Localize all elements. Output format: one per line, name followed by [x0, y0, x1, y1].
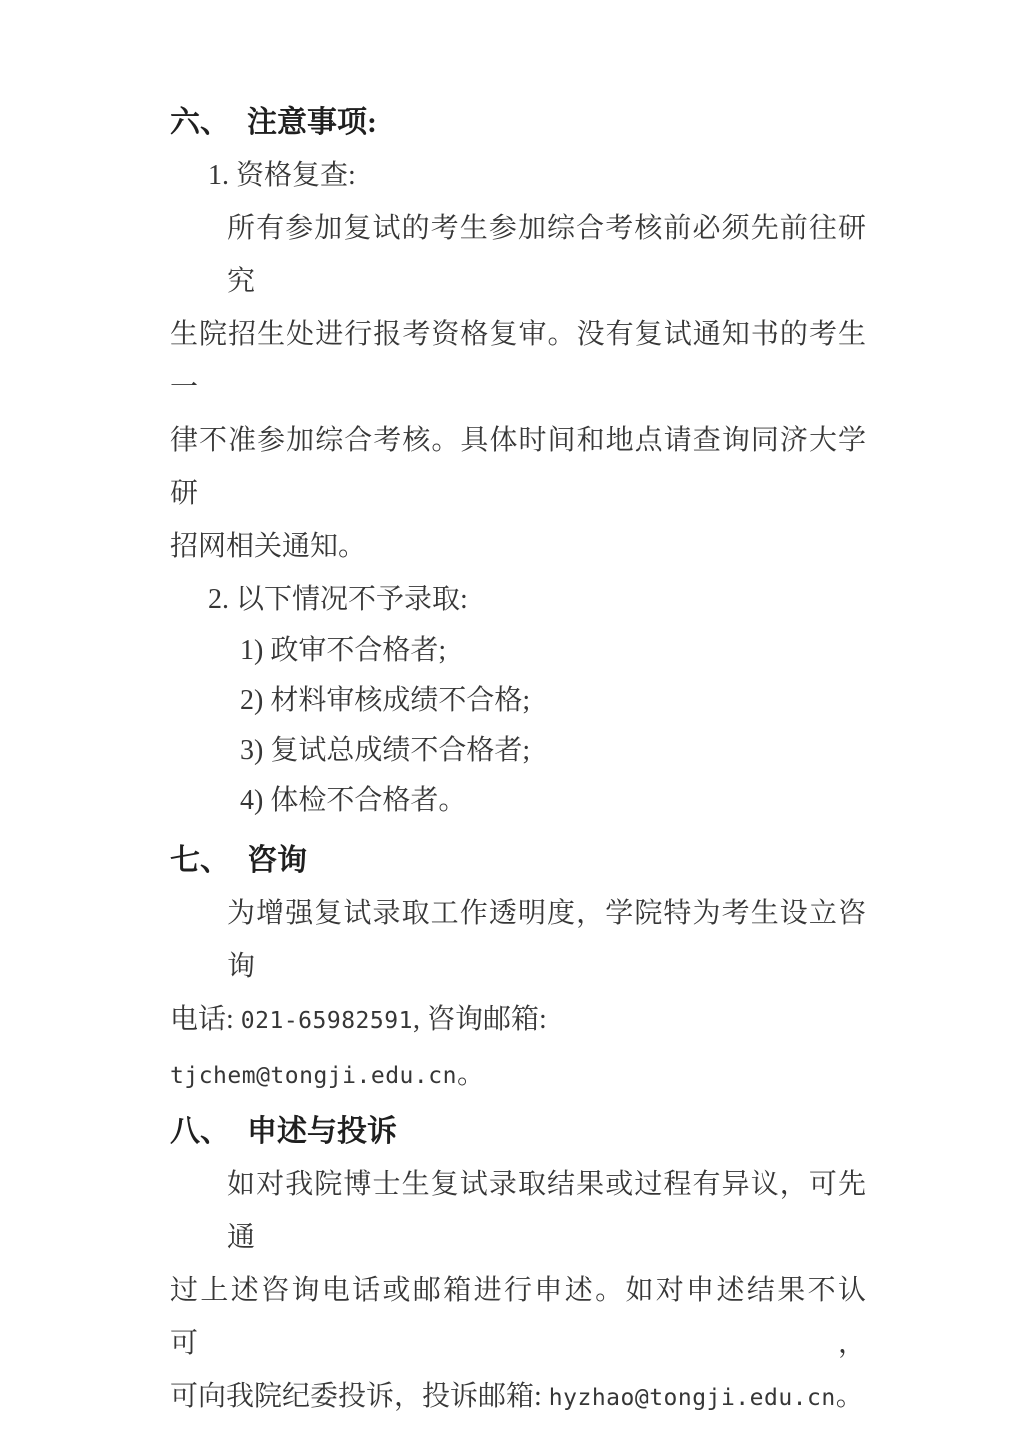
consult-email-label: , 咨询邮箱: — [413, 1004, 547, 1035]
reject-item-2: 2) 材料审核成绩不合格; — [170, 676, 866, 726]
recheck-para-line-2: 生院招生处进行报考资格复审。没有复试通知书的考生一 — [170, 308, 866, 414]
recheck-para-line-3: 律不准参加综合考核。具体时间和地点请查询同济大学研 — [170, 414, 866, 520]
section-6-heading: 六、 注意事项: — [170, 96, 866, 149]
subitem-not-admitted: 2. 以下情况不予录取: — [170, 573, 866, 626]
section-8-heading: 八、 申述与投诉 — [170, 1105, 866, 1158]
document-page: 六、 注意事项: 1. 资格复查: 所有参加复试的考生参加综合考核前必须先前往研… — [0, 0, 1024, 1448]
subitem-qualification-recheck: 1. 资格复查: — [170, 149, 866, 202]
complaint-email-address: hyzhao@tongji.edu.cn — [549, 1385, 836, 1411]
consult-period: 。 — [457, 1059, 485, 1090]
phone-number: 021-65982591 — [241, 1008, 413, 1034]
text-column: 六、 注意事项: 1. 资格复查: 所有参加复试的考生参加综合考核前必须先前往研… — [170, 96, 866, 1425]
appeal-para-line-2: 过上述咨询电话或邮箱进行申述。如对申述结果不认可， — [170, 1264, 866, 1370]
consult-para-line-2: 电话: 021-65982591, 咨询邮箱: tjchem@tongji.ed… — [170, 993, 866, 1103]
section-7-title: 咨询 — [247, 834, 307, 887]
recheck-para-line-1: 所有参加复试的考生参加综合考核前必须先前往研究 — [170, 202, 866, 308]
section-6-number: 六、 — [170, 96, 230, 149]
recheck-para-line-4: 招网相关通知。 — [170, 520, 866, 573]
consult-email-address: tjchem@tongji.edu.cn — [170, 1063, 457, 1089]
section-8-title: 申述与投诉 — [247, 1105, 397, 1158]
complaint-prefix: 可向我院纪委投诉，投诉邮箱: — [170, 1381, 549, 1412]
section-6-title: 注意事项: — [247, 96, 377, 149]
complaint-period: 。 — [836, 1381, 864, 1412]
section-7-number: 七、 — [170, 834, 230, 887]
appeal-para-line-1: 如对我院博士生复试录取结果或过程有异议，可先通 — [170, 1158, 866, 1264]
reject-item-1: 1) 政审不合格者; — [170, 626, 866, 676]
phone-label: 电话: — [170, 1004, 241, 1035]
consult-para-line-1: 为增强复试录取工作透明度，学院特为考生设立咨询 — [170, 887, 866, 993]
reject-item-3: 3) 复试总成绩不合格者; — [170, 726, 866, 776]
appeal-para-line-3: 可向我院纪委投诉，投诉邮箱: hyzhao@tongji.edu.cn。 — [170, 1370, 866, 1425]
section-7-heading: 七、 咨询 — [170, 834, 866, 887]
reject-item-4: 4) 体检不合格者。 — [170, 776, 866, 826]
section-8-number: 八、 — [170, 1105, 230, 1158]
